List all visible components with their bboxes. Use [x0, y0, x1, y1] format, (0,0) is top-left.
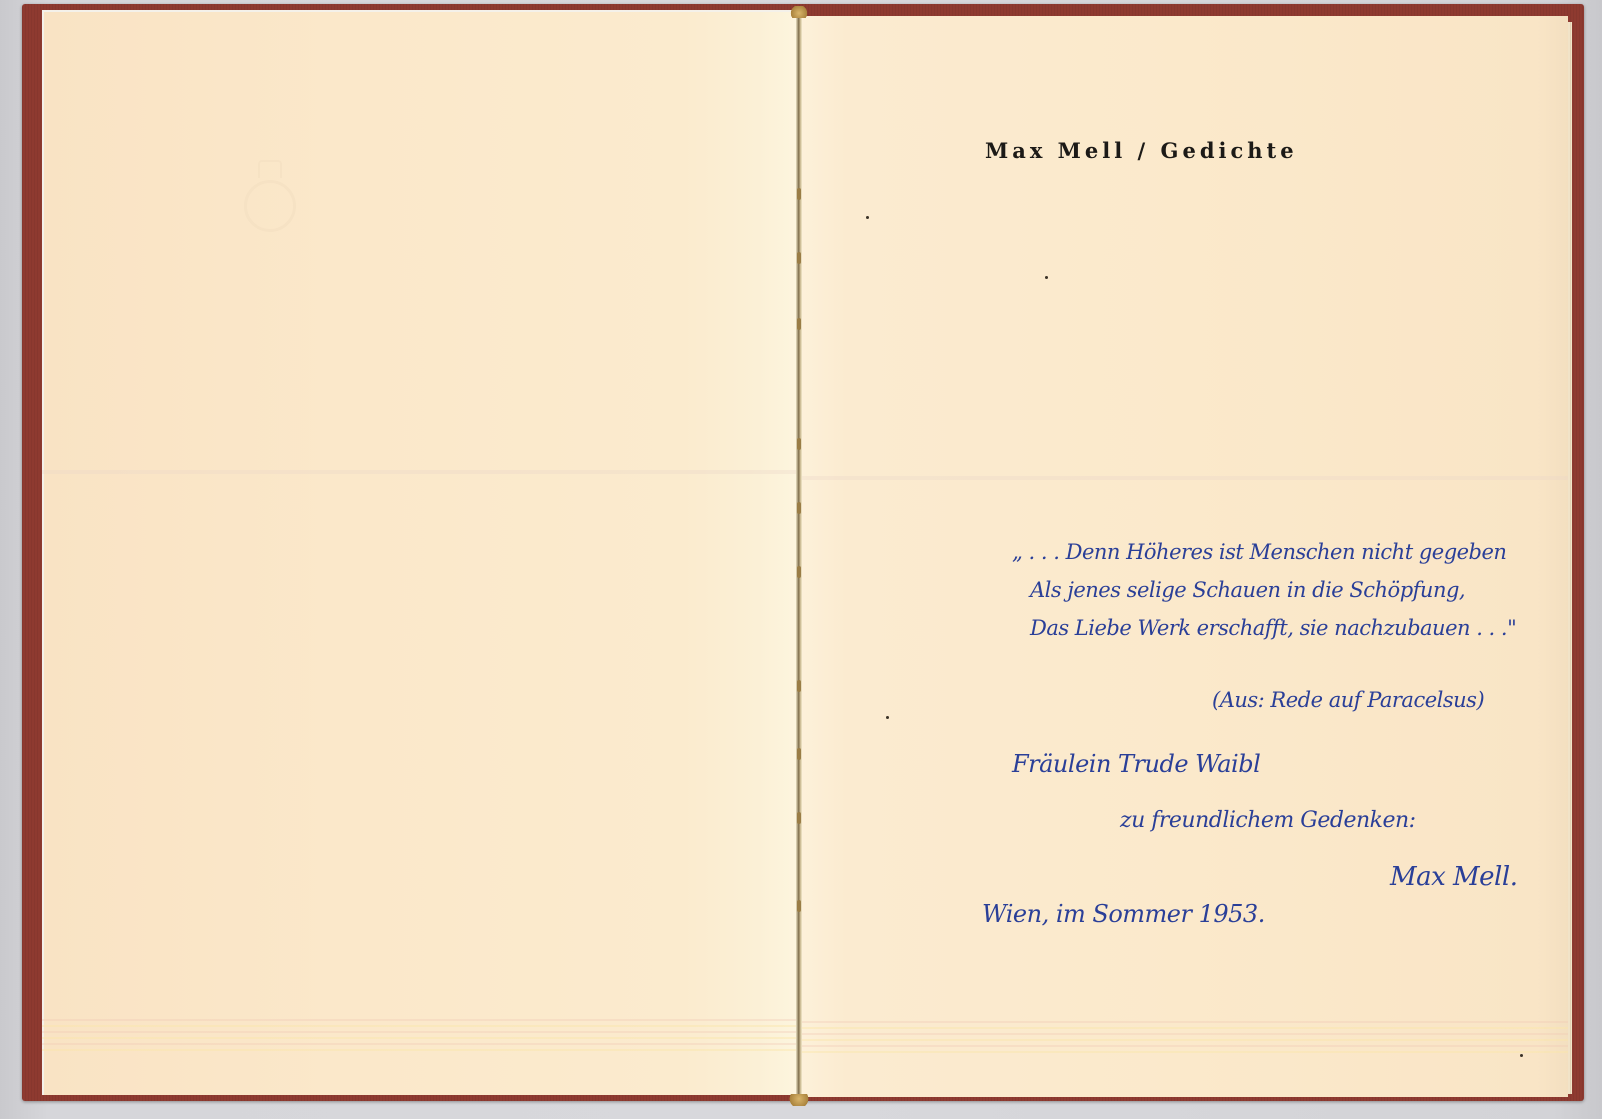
paper-stripe — [42, 470, 796, 474]
printed-title: Max Mell / Gedichte — [985, 138, 1305, 163]
paper-stripes — [800, 1021, 1568, 1057]
binding-stitch — [797, 680, 801, 692]
place-and-date: Wien, im Sommer 1953. — [982, 900, 1265, 928]
dedication-phrase: zu freundlichem Gedenken: — [1120, 808, 1416, 833]
binding-stitch — [797, 812, 801, 824]
headband-bottom — [788, 1094, 810, 1106]
book-gutter — [796, 10, 802, 1100]
binding-stitch — [797, 252, 801, 264]
paper-stripe — [800, 476, 1568, 480]
binding-stitch — [797, 566, 801, 578]
binding-stitch — [797, 502, 801, 514]
left-page — [42, 10, 796, 1095]
binding-stitch — [797, 318, 801, 330]
paper-speck — [866, 216, 869, 219]
author-signature: Max Mell. — [1390, 862, 1517, 892]
headband-top — [790, 6, 808, 18]
binding-stitch — [797, 188, 801, 200]
paper-stripes — [42, 1019, 796, 1055]
binding-stitch — [797, 900, 801, 912]
quote-source: (Aus: Rede auf Paracelsus) — [1212, 688, 1484, 712]
paper-speck — [886, 716, 889, 719]
binding-stitch — [797, 748, 801, 760]
dedication-recipient: Fräulein Trude Waibl — [1012, 750, 1260, 778]
quote-line-1: „ . . . Denn Höheres ist Menschen nicht … — [1012, 540, 1506, 564]
quote-line-3: Das Liebe Werk erschafft, sie nachzubaue… — [1030, 616, 1516, 640]
binding-stitch — [797, 438, 801, 450]
crown-watermark-icon — [240, 160, 296, 230]
quote-line-2: Als jenes selige Schauen in die Schöpfun… — [1030, 578, 1465, 602]
paper-speck — [1520, 1054, 1523, 1057]
paper-speck — [1045, 276, 1048, 279]
